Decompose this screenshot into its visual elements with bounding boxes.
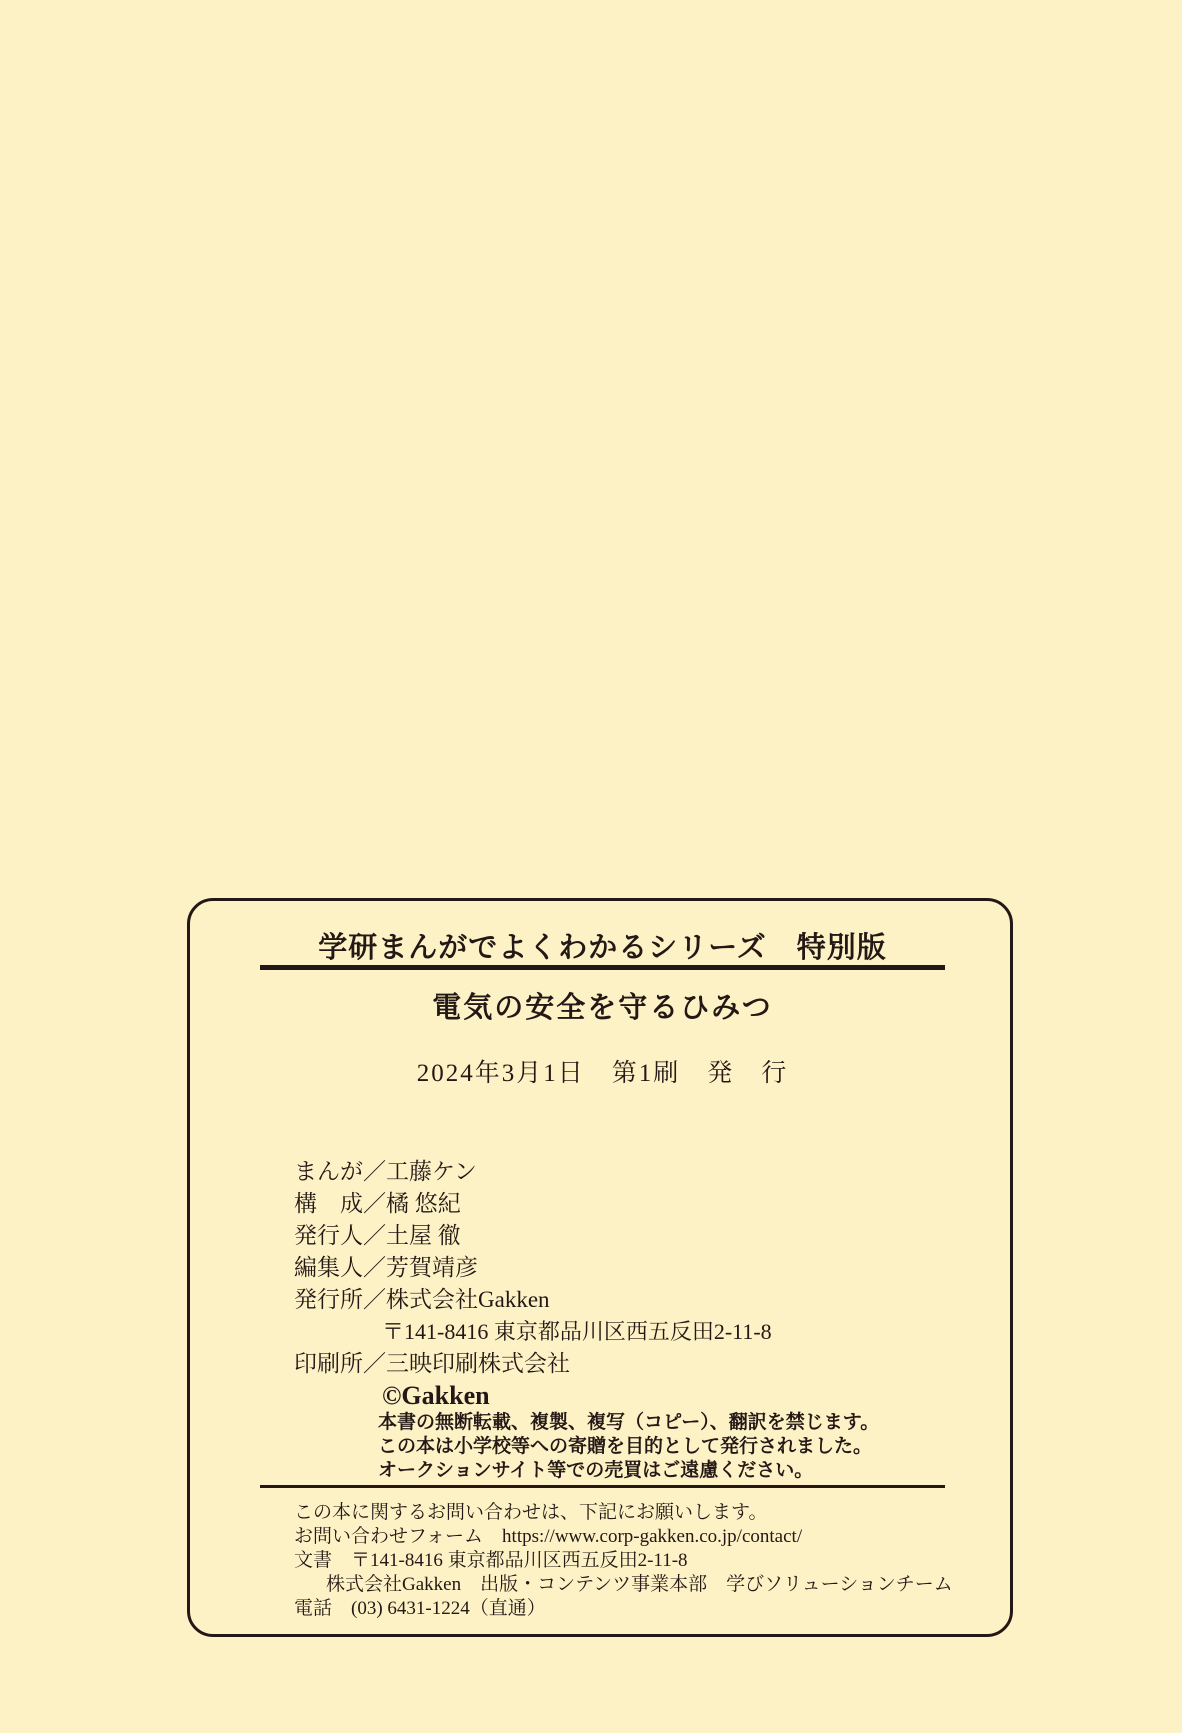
- contact-phone-line: 電話 (03) 6431-1224（直通）: [294, 1597, 953, 1621]
- contact-form-url-line: お問い合わせフォーム https://www.corp-gakken.co.jp…: [294, 1525, 953, 1549]
- print-date-line: 2024年3月1日 第1刷 発 行: [260, 1053, 945, 1089]
- credit-printer: 印刷所／三映印刷株式会社: [294, 1348, 772, 1380]
- credit-editor: 編集人／芳賀靖彦: [294, 1252, 772, 1284]
- publisher-address: 〒141-8416 東京都品川区西五反田2-11-8: [294, 1316, 772, 1348]
- colophon-box: 学研まんがでよくわかるシリーズ 特別版 電気の安全を守るひみつ 2024年3月1…: [187, 898, 1013, 1637]
- notice-no-resale: オークションサイト等での売買はご遠慮ください。: [378, 1459, 879, 1483]
- series-title-rule: [260, 965, 945, 970]
- credits-list: まんが／工藤ケン 構 成／橘 悠紀 発行人／土屋 徹 編集人／芳賀靖彦 発行所／…: [294, 1156, 772, 1412]
- colophon-page: 学研まんがでよくわかるシリーズ 特別版 電気の安全を守るひみつ 2024年3月1…: [0, 0, 1182, 1733]
- contact-division-line: 株式会社Gakken 出版・コンテンツ事業本部 学びソリューションチーム: [294, 1573, 953, 1597]
- contact-heading: この本に関するお問い合わせは、下記にお願いします。: [294, 1501, 953, 1525]
- book-title: 電気の安全を守るひみつ: [260, 985, 945, 1026]
- credit-publishing-company: 発行所／株式会社Gakken: [294, 1284, 772, 1316]
- copyright-line: ©Gakken: [294, 1380, 772, 1412]
- credit-composition: 構 成／橘 悠紀: [294, 1188, 772, 1220]
- contact-section: この本に関するお問い合わせは、下記にお願いします。 お問い合わせフォーム htt…: [294, 1501, 953, 1621]
- legal-notices: 本書の無断転載、複製、複写（コピー）、翻訳を禁じます。 この本は小学校等への寄贈…: [378, 1411, 879, 1483]
- notice-donation-purpose: この本は小学校等への寄贈を目的として発行されました。: [378, 1435, 879, 1459]
- contact-divider: [260, 1485, 945, 1488]
- credit-manga: まんが／工藤ケン: [294, 1156, 772, 1188]
- credit-publisher-person: 発行人／土屋 徹: [294, 1220, 772, 1252]
- notice-no-reproduction: 本書の無断転載、複製、複写（コピー）、翻訳を禁じます。: [378, 1411, 879, 1435]
- contact-mail-address-line: 文書 〒141-8416 東京都品川区西五反田2-11-8: [294, 1549, 953, 1573]
- series-title: 学研まんがでよくわかるシリーズ 特別版: [260, 925, 945, 966]
